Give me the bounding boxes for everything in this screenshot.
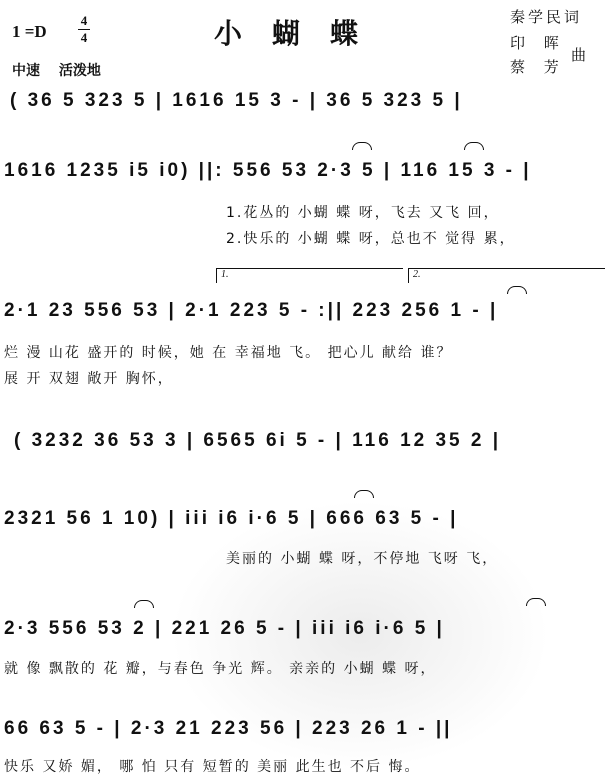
slur xyxy=(526,598,546,606)
slur xyxy=(352,142,372,150)
lyric-line-3b: 展 开 双翅 敞开 胸怀， xyxy=(4,368,174,388)
tempo-marking: 中速 活泼地 xyxy=(12,60,101,80)
time-signature: 4 4 xyxy=(78,14,90,45)
composer-suffix: 曲 xyxy=(571,44,586,65)
slur xyxy=(134,600,154,608)
lyric-line-3a: 烂 漫 山花 盛开的 时候，她 在 幸福地 飞。 把心儿 献给 谁？ xyxy=(4,342,453,362)
notation-line-3: 2·1 23 556 53 | 2·1 223 5 - :|| 223 256 … xyxy=(4,300,498,322)
lyric-line-5: 美丽的 小蝴 蝶 呀，不停地 飞呀 飞， xyxy=(226,548,498,568)
notation-line-2: 1616 1235 i5 i0) ||: 556 53 2·3 5 | 116 … xyxy=(4,160,532,182)
lyric-line-6: 就 像 飘散的 花 瓣，与春色 争光 辉。 亲亲的 小蝴 蝶 呀， xyxy=(4,658,437,678)
lyric-verse-1: 1.花丛的 小蝴 蝶 呀，飞去 又飞 回， xyxy=(226,202,500,222)
lyric-line-7: 快乐 又娇 媚， 哪 怕 只有 短暂的 美丽 此生也 不后 悔。 xyxy=(4,756,421,776)
key-signature: 1 =D xyxy=(12,22,47,42)
composer-2: 蔡 芳 xyxy=(510,56,559,77)
slur xyxy=(354,490,374,498)
notation-line-7: 66 63 5 - | 2·3 21 223 56 | 223 26 1 - |… xyxy=(4,718,453,740)
first-ending-bracket: 1. xyxy=(216,268,403,283)
composer-1: 印 晖 xyxy=(510,32,559,53)
notation-line-5: 2321 56 1 10) | iii i6 i·6 5 | 666 63 5 … xyxy=(4,508,458,530)
lyric-verse-2: 2.快乐的 小蝴 蝶 呀，总也不 觉得 累， xyxy=(226,228,516,248)
notation-line-6: 2·3 556 53 2 | 221 26 5 - | iii i6 i·6 5… xyxy=(4,618,445,640)
lyricist-credit: 秦学民词 xyxy=(510,6,582,27)
slur xyxy=(507,286,527,294)
slur xyxy=(464,142,484,150)
song-title: 小蝴蝶 xyxy=(214,12,388,52)
notation-line-1: ( 36 5 323 5 | 1616 15 3 - | 36 5 323 5 … xyxy=(10,90,463,112)
second-ending-bracket: 2. xyxy=(408,268,605,283)
notation-line-4: ( 3232 36 53 3 | 6565 6i 5 - | 116 12 35… xyxy=(14,430,501,452)
